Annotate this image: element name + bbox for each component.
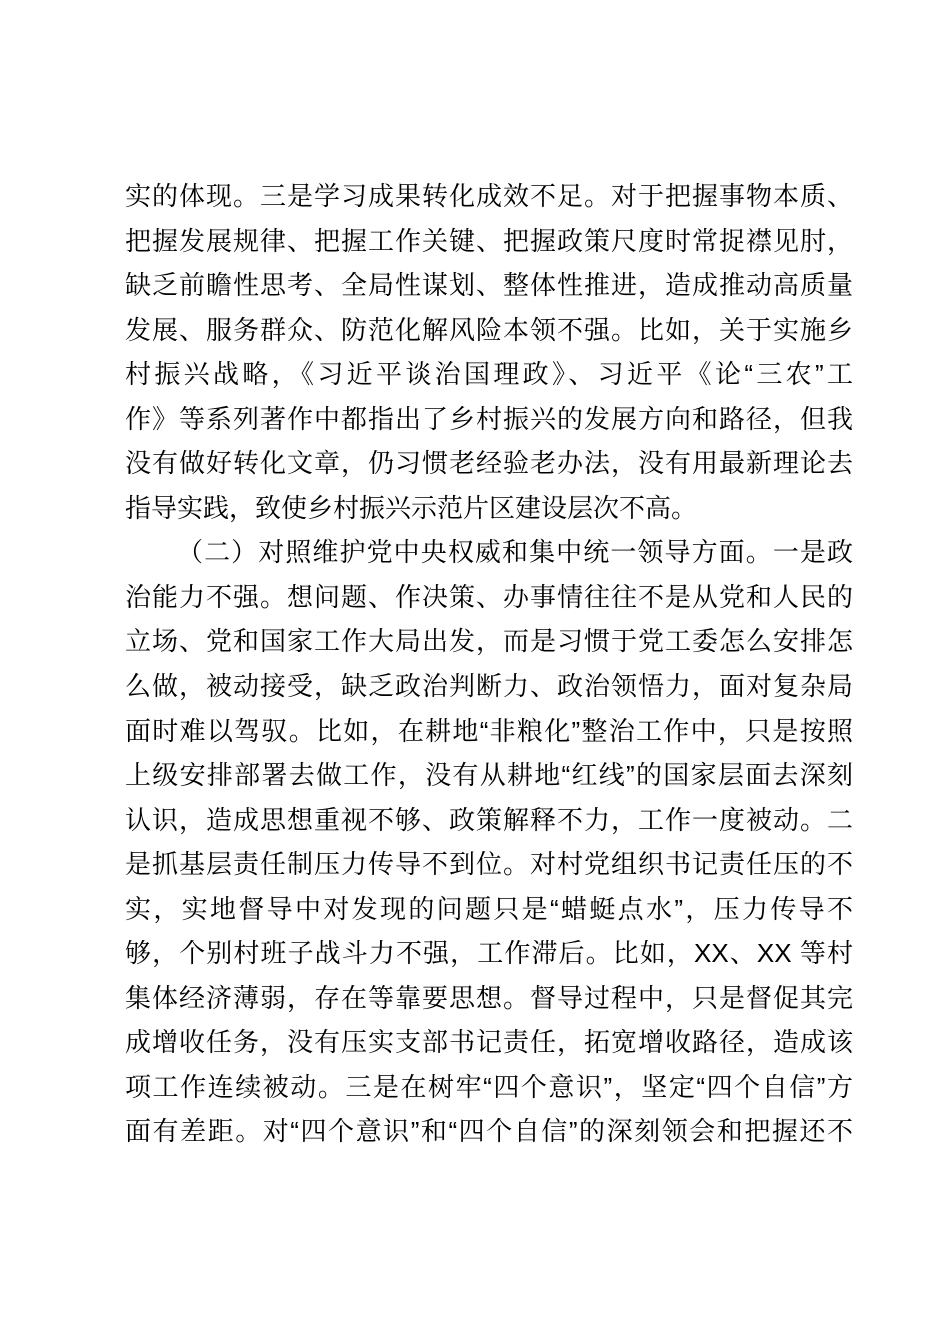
text-line: 集体经济薄弱，存在等靠要思想。督导过程中，只是督促其完: [125, 976, 853, 1021]
text-line: 治能力不强。想问题、作决策、办事情往往不是从党和人民的: [125, 575, 853, 620]
text-line: 么做，被动接受，缺乏政治判断力、政治领悟力，面对复杂局: [125, 664, 853, 709]
document-body: 实的体现。三是学习成果转化成效不足。对于把握事物本质、把握发展规律、把握工作关键…: [125, 174, 853, 1154]
text-line: 面时难以驾驭。比如，在耕地“非粮化”整治工作中，只是按照: [125, 709, 853, 754]
text-line: （二）对照维护党中央权威和集中统一领导方面。一是政: [125, 530, 853, 575]
text-line: 发展、服务群众、防范化解风险本领不强。比如，关于实施乡: [125, 308, 853, 353]
text-line: 把握发展规律、把握工作关键、把握政策尺度时常捉襟见肘，: [125, 219, 853, 264]
text-line: 面有差距。对“四个意识”和“四个自信”的深刻领会和把握还不: [125, 1109, 853, 1154]
text-line: 实的体现。三是学习成果转化成效不足。对于把握事物本质、: [125, 174, 853, 219]
text-line: 成增收任务，没有压实支部书记责任，拓宽增收路径，造成该: [125, 1020, 853, 1065]
text-line: 立场、党和国家工作大局出发，而是习惯于党工委怎么安排怎: [125, 619, 853, 664]
text-line: 是抓基层责任制压力传导不到位。对村党组织书记责任压的不: [125, 842, 853, 887]
text-line: 够，个别村班子战斗力不强，工作滞后。比如，XX、XX 等村: [125, 931, 853, 976]
text-line: 上级安排部署去做工作，没有从耕地“红线”的国家层面去深刻: [125, 753, 853, 798]
text-line: 没有做好转化文章，仍习惯老经验老办法，没有用最新理论去: [125, 441, 853, 486]
text-line: 作》等系列著作中都指出了乡村振兴的发展方向和路径，但我: [125, 397, 853, 442]
text-line: 指导实践，致使乡村振兴示范片区建设层次不高。: [125, 486, 853, 531]
text-line: 项工作连续被动。三是在树牢“四个意识”，坚定“四个自信”方: [125, 1065, 853, 1110]
document-page: 实的体现。三是学习成果转化成效不足。对于把握事物本质、把握发展规律、把握工作关键…: [0, 0, 950, 1344]
text-line: 缺乏前瞻性思考、全局性谋划、整体性推进，造成推动高质量: [125, 263, 853, 308]
text-line: 村振兴战略，《习近平谈治国理政》、习近平《论“三农”工: [125, 352, 853, 397]
text-line: 实，实地督导中对发现的问题只是“蜡蜓点水”，压力传导不: [125, 887, 853, 932]
text-line: 认识，造成思想重视不够、政策解释不力，工作一度被动。二: [125, 798, 853, 843]
